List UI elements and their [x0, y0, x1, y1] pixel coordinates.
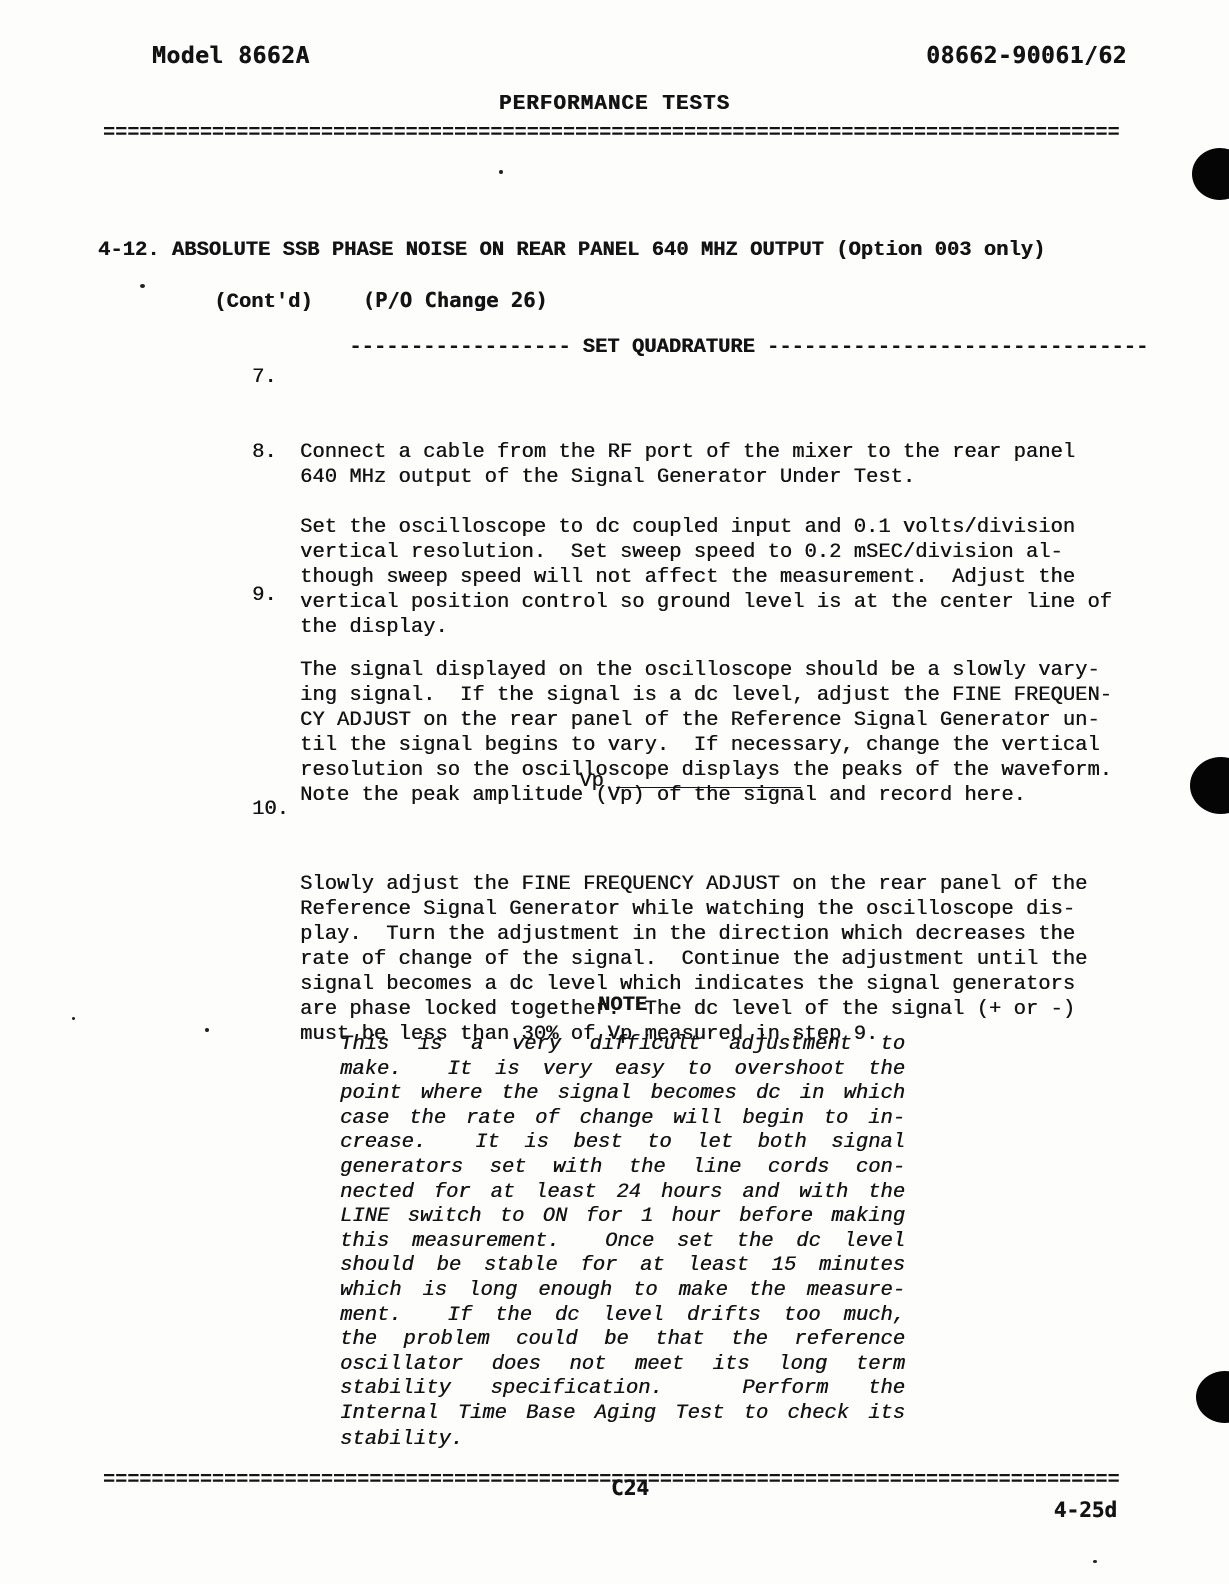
scan-speck	[205, 1028, 209, 1032]
manual-page: Model 8662A 08662-90061/62 PERFORMANCE T…	[0, 0, 1229, 1584]
change-note-label: (P/O Change 26)	[363, 288, 548, 312]
step-number: 9.	[252, 583, 277, 608]
vp-label: Vp	[579, 770, 604, 793]
divider-dashes-right: -------------------------------	[767, 336, 1148, 359]
doc-number-label: 08662-90061/62	[926, 44, 1127, 69]
scan-hole-mark-top	[1192, 148, 1229, 200]
note-heading: NOTE	[340, 993, 905, 1018]
paragraph-title: 4-12. ABSOLUTE SSB PHASE NOISE ON REAR P…	[98, 238, 1045, 263]
scan-hole-mark-middle	[1190, 757, 1229, 814]
note-body: This is a very difficult adjustment to m…	[340, 1033, 905, 1427]
scan-speck	[140, 284, 145, 288]
ruler-line-top: ========================================…	[103, 121, 1121, 146]
scan-speck	[499, 170, 503, 174]
scan-hole-mark-bottom	[1196, 1371, 1229, 1423]
divider-dashes-left: ------------------	[349, 336, 570, 359]
vp-blank-line: _______________	[616, 770, 801, 793]
scan-speck	[1093, 1560, 1097, 1563]
contd-label: (Cont'd)	[214, 291, 312, 314]
step-number: 7.	[252, 365, 277, 390]
divider-label: SET QUADRATURE	[571, 336, 767, 359]
footer-center-label: C24	[0, 1476, 1229, 1501]
section-header: PERFORMANCE TESTS	[0, 92, 1229, 117]
step-number: 10.	[252, 797, 289, 822]
step-text: Slowly adjust the FINE FREQUENCY ADJUST …	[300, 872, 1130, 1047]
step-number: 8.	[252, 440, 277, 465]
note-last-line: stability.	[340, 1427, 463, 1452]
model-number-label: Model 8662A	[152, 44, 310, 69]
scan-speck	[72, 1017, 75, 1020]
page-number: 4-25d	[1054, 1498, 1117, 1523]
